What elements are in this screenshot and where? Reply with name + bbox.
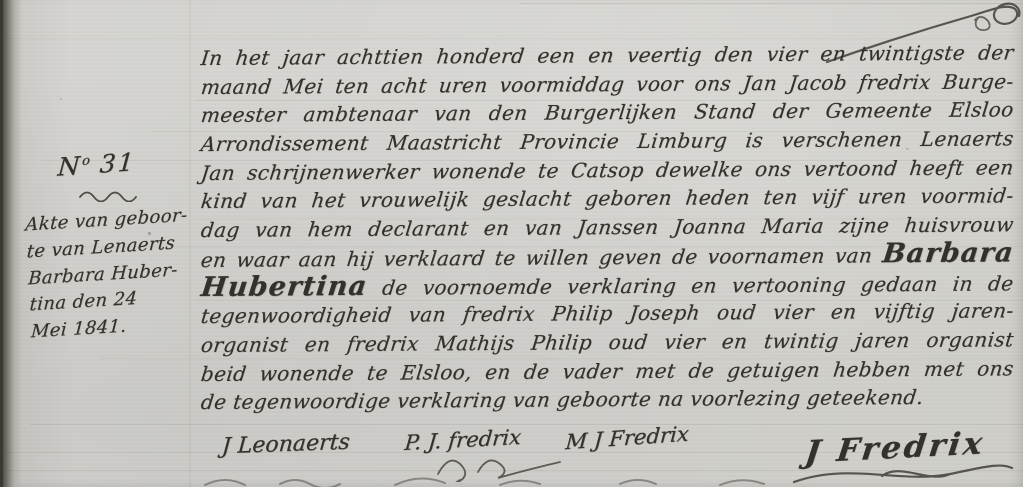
act-number-value: 31 [99, 147, 137, 178]
act-body-text: In het jaar achttien honderd een en veer… [201, 44, 1013, 417]
act-number: No 31 [57, 147, 137, 181]
signature-father: J Leonaerts [221, 430, 351, 459]
signature-witness-1: P. J. fredrix [404, 425, 522, 455]
binding-strip [0, 0, 22, 487]
act-text-line8-prefix: en waar aan hij verklaard te willen geve… [200, 243, 884, 272]
child-first-name: Barbara [881, 237, 1016, 269]
act-number-sup: o [82, 154, 91, 170]
binding-edge-line [0, 0, 3, 487]
scanned-birth-record-page: No 31 Akte van geboor- te van Lenaerts B… [0, 0, 1023, 487]
signature-witness-2: M J Fredrix [565, 422, 690, 454]
margin-annotation: Akte van geboor- te van Lenaerts Barbara… [25, 204, 200, 347]
act-number-squiggle-icon [78, 188, 144, 202]
next-entry-partial-strokes [200, 477, 860, 487]
act-text-line9-suffix: de voornoemde verklaring en vertooning g… [366, 271, 1015, 300]
ruled-line [0, 470, 1023, 471]
act-number-n: N [57, 151, 83, 182]
ruled-line [30, 424, 1023, 425]
act-text-line: de tegenwoordige verklaring van geboorte… [199, 383, 1015, 417]
signature-paraph-flourish-icon [430, 448, 570, 482]
ruled-line [520, 3, 1023, 4]
ink-speck [60, 98, 62, 100]
signature-registrar: J Fredrix [803, 425, 987, 470]
child-second-name: Hubertina [199, 270, 369, 302]
